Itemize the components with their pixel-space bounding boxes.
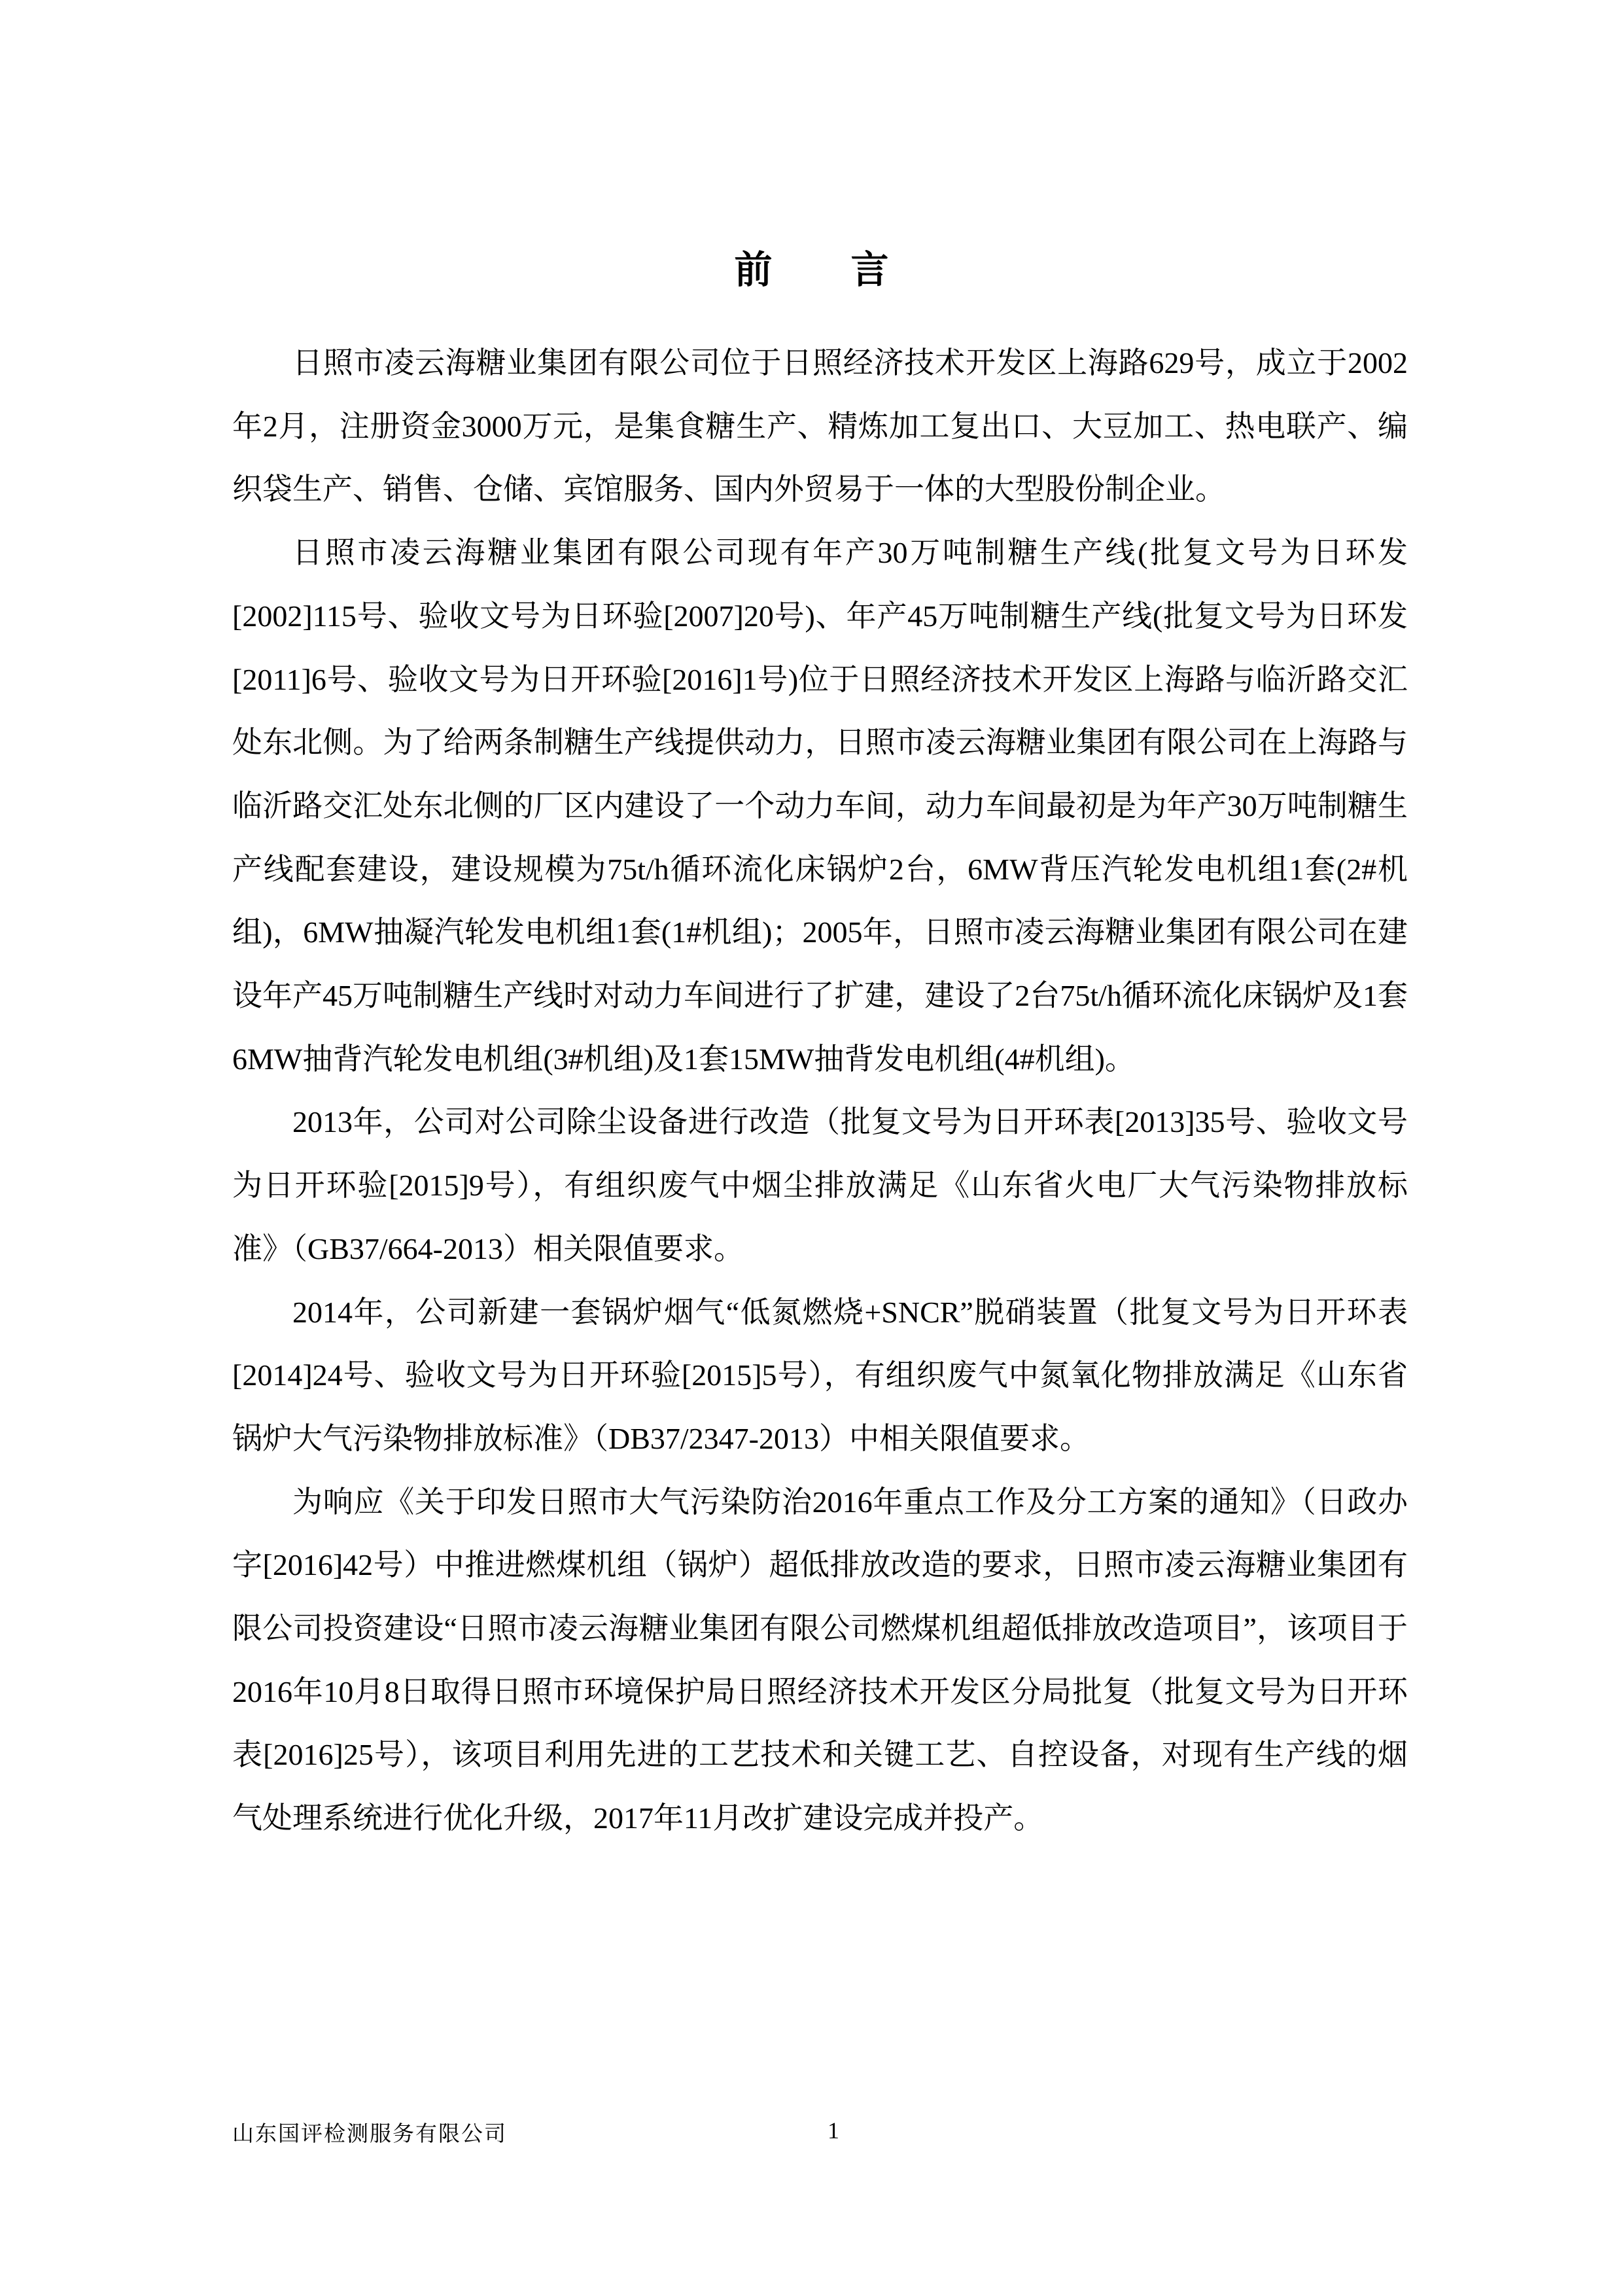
document-page: 前言 日照市凌云海糖业集团有限公司位于日照经济技术开发区上海路629号，成立于2… — [0, 0, 1623, 2296]
paragraph-company-intro: 日照市凌云海糖业集团有限公司位于日照经济技术开发区上海路629号，成立于2002… — [232, 332, 1408, 521]
paragraph-ultra-low-emission: 为响应《关于印发日照市大气污染防治2016年重点工作及分工方案的通知》（日政办字… — [232, 1471, 1408, 1850]
footer-company: 山东国评检测服务有限公司 — [232, 2117, 507, 2147]
title-char-1: 前 — [734, 239, 772, 294]
paragraph-2013-dust-removal: 2013年，公司对公司除尘设备进行改造（批复文号为日开环表[2013]35号、验… — [232, 1091, 1408, 1280]
title-char-2: 言 — [851, 239, 889, 294]
paragraph-2014-denitrification: 2014年，公司新建一套锅炉烟气“低氮燃烧+SNCR”脱硝装置（批复文号为日开环… — [232, 1281, 1408, 1471]
paragraph-production-lines: 日照市凌云海糖业集团有限公司现有年产30万吨制糖生产线(批复文号为日环发[200… — [232, 521, 1408, 1091]
page-number: 1 — [828, 2117, 839, 2144]
page-footer: 山东国评检测服务有限公司 1 — [232, 2117, 1408, 2149]
document-body: 日照市凌云海糖业集团有限公司位于日照经济技术开发区上海路629号，成立于2002… — [232, 332, 1408, 1850]
page-title: 前言 — [0, 239, 1623, 294]
